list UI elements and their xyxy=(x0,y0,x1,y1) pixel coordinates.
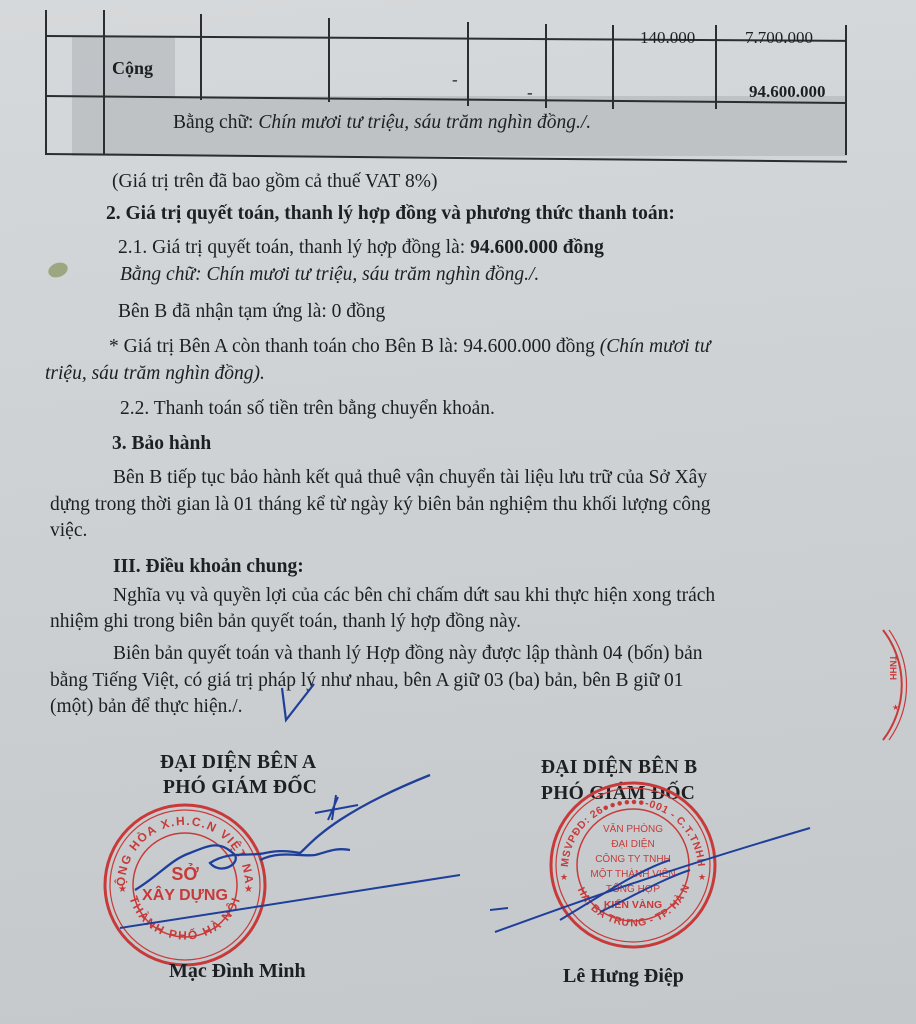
in-words-row: Bằng chữ: Chín mươi tư triệu, sáu trăm n… xyxy=(173,112,591,134)
warranty-line-2: dựng trong thời gian là 01 tháng kể từ n… xyxy=(50,495,711,515)
ink-blot xyxy=(46,260,70,280)
settlement-value: 2.1. Giá trị quyết toán, thanh lý hợp đồ… xyxy=(118,238,604,258)
section-2-heading: 2. Giá trị quyết toán, thanh lý hợp đồng… xyxy=(106,204,675,224)
total-col4: - xyxy=(452,70,458,90)
initial-mark xyxy=(270,680,320,730)
settlement-words: Bằng chữ: Chín mươi tư triệu, sáu trăm n… xyxy=(120,265,539,285)
party-b-signature xyxy=(490,810,820,950)
prev-unit-price: 140.000 xyxy=(640,28,695,48)
general-para2-line1: Biên bản quyết toán và thanh lý Hợp đồng… xyxy=(113,644,703,664)
warranty-line-1: Bên B tiếp tục bảo hành kết quả thuê vận… xyxy=(113,468,707,488)
payment-method: 2.2. Thanh toán số tiền trên bằng chuyển… xyxy=(120,399,495,419)
remaining-payment-cont: triệu, sáu trăm nghìn đồng). xyxy=(45,364,265,384)
svg-text:TNHH: TNHH xyxy=(888,655,898,680)
edge-stamp-fragment: TNHH ★ xyxy=(870,625,916,745)
general-para1-line2: nhiệm ghi trong biên bản quyết toán, tha… xyxy=(50,612,521,632)
party-a-signature xyxy=(100,765,480,945)
general-para1-line1: Nghĩa vụ và quyền lợi của các bên chỉ ch… xyxy=(113,586,715,606)
vat-note: (Giá trị trên đã bao gồm cả thuế VAT 8%) xyxy=(112,172,437,192)
general-para2-line2: bằng Tiếng Việt, có giá trị pháp lý như … xyxy=(50,671,684,691)
party-b-name: Lê Hưng Điệp xyxy=(563,965,684,988)
warranty-line-3: việc. xyxy=(50,521,87,541)
remaining-payment: * Giá trị Bên A còn thanh toán cho Bên B… xyxy=(109,337,710,357)
total-col5: - xyxy=(527,83,533,103)
total-label: Cộng xyxy=(112,58,153,79)
party-a-name: Mạc Đình Minh xyxy=(169,960,306,983)
advance-payment: Bên B đã nhận tạm ứng là: 0 đồng xyxy=(118,302,385,322)
grand-total: 94.600.000 xyxy=(749,82,826,102)
svg-text:★: ★ xyxy=(892,703,899,712)
cost-table: 140.000 7.700.000 Cộng - - 94.600.000 Bằ… xyxy=(45,0,847,160)
section-iii-heading: III. Điều khoản chung: xyxy=(113,557,304,577)
party-b-title: ĐẠI DIỆN BÊN B xyxy=(541,757,697,779)
general-para2-line3: (một) bản để thực hiện./. xyxy=(50,697,243,717)
document-page: 140.000 7.700.000 Cộng - - 94.600.000 Bằ… xyxy=(0,0,916,1024)
prev-amount: 7.700.000 xyxy=(745,28,813,48)
section-3-heading: 3. Bảo hành xyxy=(112,434,211,454)
